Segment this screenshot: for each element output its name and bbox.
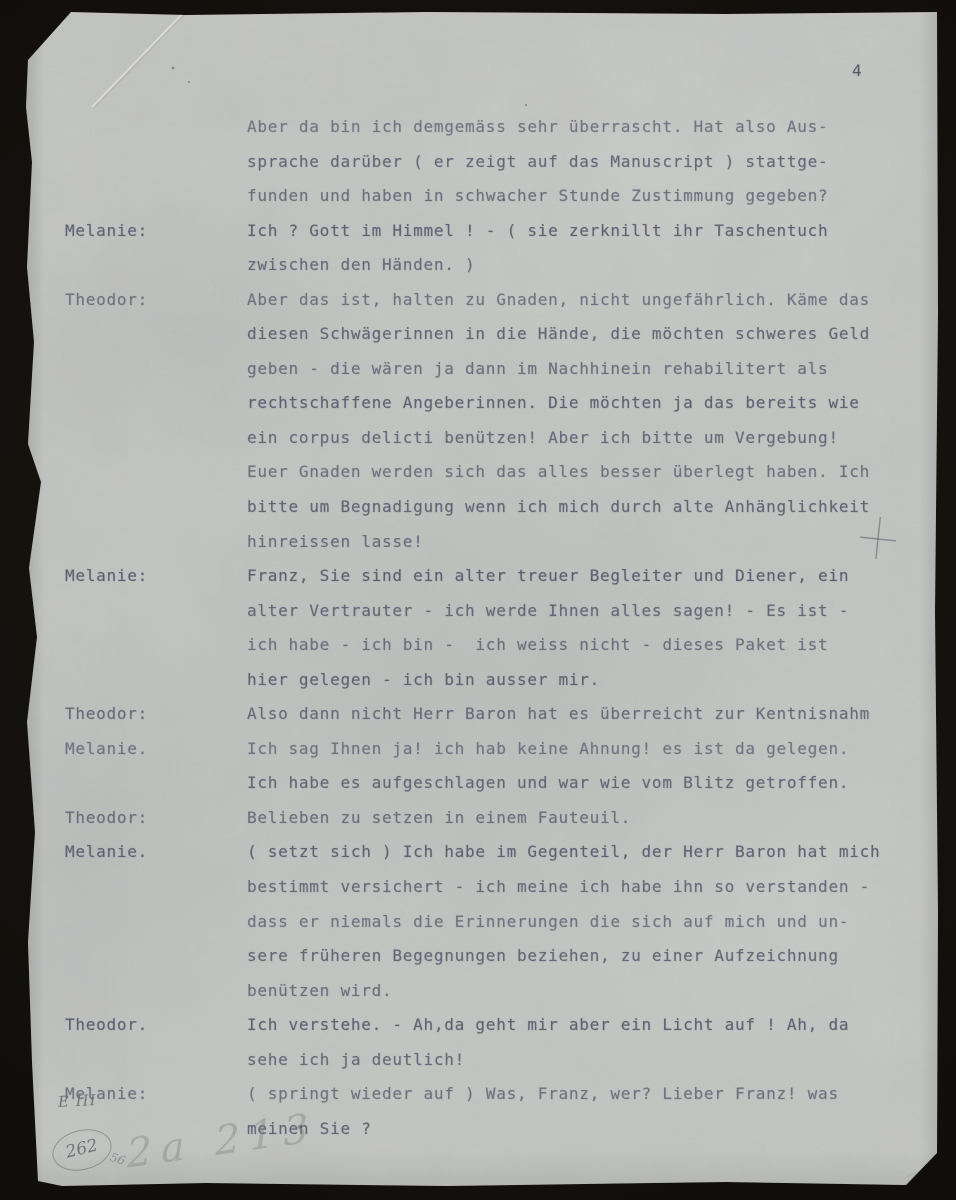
script-line: rechtschaffene Angeberinnen. Die möchten… (65, 393, 925, 428)
script-line: Theodor:Also dann nicht Herr Baron hat e… (65, 704, 925, 739)
dialogue-text: Ich sag Ihnen ja! ich hab keine Ahnung! … (247, 739, 849, 758)
dialogue-text: sehe ich ja deutlich! (247, 1050, 465, 1069)
script-line: dass er niemals die Erinnerungen die sic… (65, 912, 925, 947)
dialogue-text: benützen wird. (247, 981, 392, 1000)
dialogue-text: Ich verstehe. - Ah,da geht mir aber ein … (247, 1015, 849, 1034)
script-line: Theodor:Aber das ist, halten zu Gnaden, … (65, 290, 925, 325)
dialogue-text: funden und haben in schwacher Stunde Zus… (247, 186, 828, 205)
script-line: sere früheren Begegnungen beziehen, zu e… (65, 946, 925, 981)
script-line: funden und haben in schwacher Stunde Zus… (65, 186, 925, 221)
script-line: ich habe - ich bin - ich weiss nicht - d… (65, 635, 925, 670)
dialogue-text: dass er niemals die Erinnerungen die sic… (247, 912, 849, 931)
dialogue-text: ein corpus delicti benützen! Aber ich bi… (247, 428, 839, 447)
speaker-label: Theodor. (65, 1015, 148, 1034)
dialogue-text: Euer Gnaden werden sich das alles besser… (247, 462, 870, 481)
script-line: Melanie:Ich ? Gott im Himmel ! - ( sie z… (65, 221, 925, 256)
dialogue-text: geben - die wären ja dann im Nachhinein … (247, 359, 828, 378)
page-number: 4 (852, 61, 862, 80)
script-line: diesen Schwägerinnen in die Hände, die m… (65, 324, 925, 359)
dialogue-text: alter Vertrauter - ich werde Ihnen alles… (247, 601, 849, 620)
script-body: Aber da bin ich demgemäss sehr überrasch… (65, 117, 925, 1153)
script-line: alter Vertrauter - ich werde Ihnen alles… (65, 601, 925, 636)
script-line: Melanie.Ich sag Ihnen ja! ich hab keine … (65, 739, 925, 774)
script-line: bitte um Begnadigung wenn ich mich durch… (65, 497, 925, 532)
script-line: hinreissen lasse! (65, 532, 925, 567)
script-line: Melanie.( setzt sich ) Ich habe im Gegen… (65, 842, 925, 877)
dialogue-text: Belieben zu setzen in einem Fauteuil. (247, 808, 631, 827)
dialogue-text: Ich habe es aufgeschlagen und war wie vo… (247, 773, 849, 792)
script-line: Euer Gnaden werden sich das alles besser… (65, 462, 925, 497)
script-line: hier gelegen - ich bin ausser mir. (65, 670, 925, 705)
dialogue-text: bitte um Begnadigung wenn ich mich durch… (247, 497, 870, 516)
document-page: 4 Aber da bin ich demgemäss sehr überras… (26, 12, 938, 1186)
script-line: Theodor:Belieben zu setzen in einem Faut… (65, 808, 925, 843)
dialogue-text: Franz, Sie sind ein alter treuer Begleit… (247, 566, 849, 585)
scanner-background: 4 Aber da bin ich demgemäss sehr überras… (0, 0, 956, 1200)
speaker-label: Melanie. (65, 739, 148, 758)
speaker-label: Melanie: (65, 221, 148, 240)
dialogue-text: rechtschaffene Angeberinnen. Die möchten… (247, 393, 860, 412)
script-line: Melanie:Franz, Sie sind ein alter treuer… (65, 566, 925, 601)
folded-corner-top-left (26, 12, 186, 109)
speaker-label: Theodor: (65, 290, 148, 309)
dialogue-text: bestimmt versichert - ich meine ich habe… (247, 877, 870, 896)
dialogue-text: ( setzt sich ) Ich habe im Gegenteil, de… (247, 842, 880, 861)
dialogue-text: Also dann nicht Herr Baron hat es überre… (247, 704, 870, 723)
speaker-label: Theodor: (65, 704, 148, 723)
script-line: sprache darüber ( er zeigt auf das Manus… (65, 152, 925, 187)
dialogue-text: zwischen den Händen. ) (247, 255, 475, 274)
dialogue-text: sprache darüber ( er zeigt auf das Manus… (247, 152, 828, 171)
speaker-label: Melanie: (65, 566, 148, 585)
dialogue-text: Aber da bin ich demgemäss sehr überrasch… (247, 117, 828, 136)
dialogue-text: hinreissen lasse! (247, 532, 424, 551)
dialogue-text: Ich ? Gott im Himmel ! - ( sie zerknillt… (247, 221, 828, 240)
dialogue-text: sere früheren Begegnungen beziehen, zu e… (247, 946, 839, 965)
script-line: zwischen den Händen. ) (65, 255, 925, 290)
script-line: ein corpus delicti benützen! Aber ich bi… (65, 428, 925, 463)
speaker-label: Melanie. (65, 842, 148, 861)
script-line: geben - die wären ja dann im Nachhinein … (65, 359, 925, 394)
script-line: Melanie:( springt wieder auf ) Was, Fran… (65, 1084, 925, 1119)
dialogue-text: ich habe - ich bin - ich weiss nicht - d… (247, 635, 828, 654)
dialogue-text: hier gelegen - ich bin ausser mir. (247, 670, 600, 689)
script-line: Theodor.Ich verstehe. - Ah,da geht mir a… (65, 1015, 925, 1050)
script-line: sehe ich ja deutlich! (65, 1050, 925, 1085)
speaker-label: Theodor: (65, 808, 148, 827)
script-line: Aber da bin ich demgemäss sehr überrasch… (65, 117, 925, 152)
dialogue-text: ( springt wieder auf ) Was, Franz, wer? … (247, 1084, 839, 1103)
dialogue-text: diesen Schwägerinnen in die Hände, die m… (247, 324, 870, 343)
dialogue-text: Aber das ist, halten zu Gnaden, nicht un… (247, 290, 870, 309)
script-line: benützen wird. (65, 981, 925, 1016)
script-line: Ich habe es aufgeschlagen und war wie vo… (65, 773, 925, 808)
archival-code: E III (58, 1091, 97, 1111)
folded-corner-bottom-right (904, 1154, 938, 1186)
script-line: bestimmt versichert - ich meine ich habe… (65, 877, 925, 912)
